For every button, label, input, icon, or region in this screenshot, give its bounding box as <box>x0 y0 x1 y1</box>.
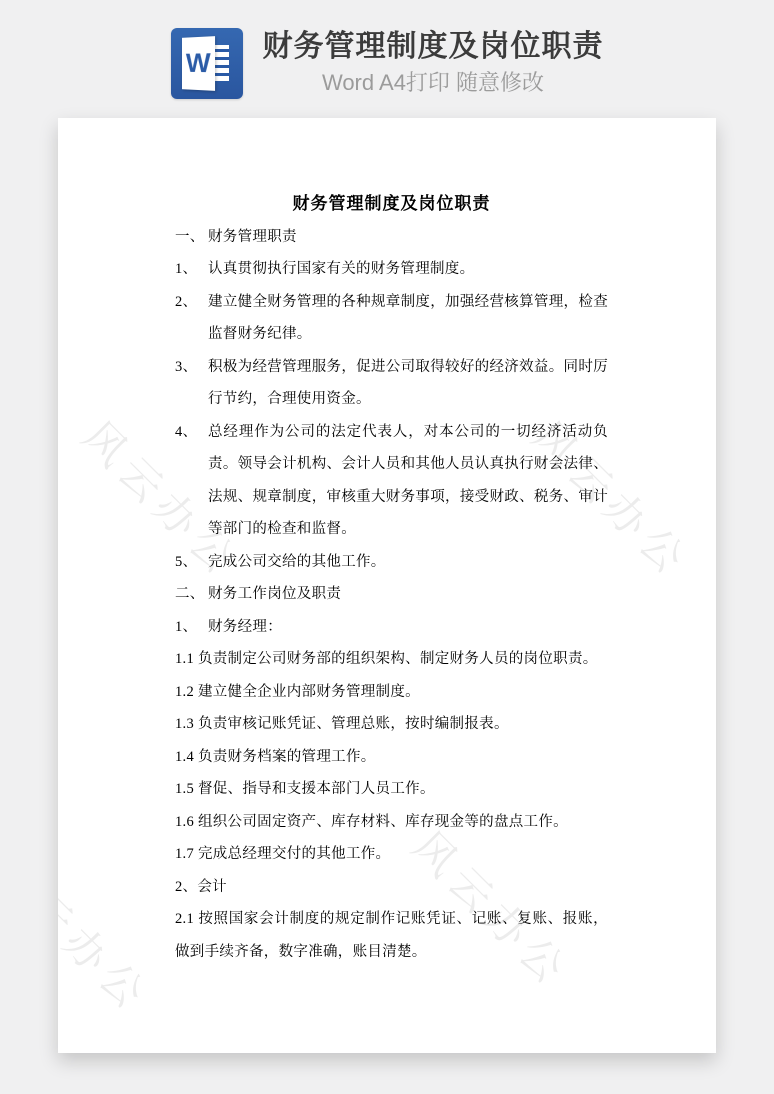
header-text-block: 财务管理制度及岗位职责 Word A4打印 随意修改 <box>263 28 604 97</box>
list-marker: 1、 <box>175 253 197 286</box>
word-icon-letter: W <box>182 36 215 91</box>
list-marker: 二、 <box>175 578 205 611</box>
document-page: 风云办公 风云办公 风云办公 风云办公 财务管理制度及岗位职责 一、财务管理职责… <box>58 118 716 1053</box>
paragraph: 1.4 负责财务档案的管理工作。 <box>175 741 608 774</box>
paragraph-text: 建立健全财务管理的各种规章制度，加强经营核算管理，检查监督财务纪律。 <box>208 294 608 343</box>
paragraph-text: 2.1 按照国家会计制度的规定制作记账凭证、记账、复账、报账，做到手续齐备，数字… <box>175 911 608 960</box>
list-marker: 3、 <box>175 351 197 384</box>
paragraph: 1、认真贯彻执行国家有关的财务管理制度。 <box>175 253 608 286</box>
template-subtitle: Word A4打印 随意修改 <box>263 69 604 97</box>
word-icon: W <box>171 28 243 99</box>
list-marker: 5、 <box>175 546 197 579</box>
list-marker: 一、 <box>175 221 205 254</box>
paragraph: 2.1 按照国家会计制度的规定制作记账凭证、记账、复账、报账，做到手续齐备，数字… <box>175 903 608 968</box>
template-header: W 财务管理制度及岗位职责 Word A4打印 随意修改 <box>0 0 774 118</box>
document-body: 一、财务管理职责1、认真贯彻执行国家有关的财务管理制度。2、建立健全财务管理的各… <box>175 221 608 969</box>
paragraph-text: 1.4 负责财务档案的管理工作。 <box>175 749 376 765</box>
paragraph-text: 1.5 督促、指导和支援本部门人员工作。 <box>175 781 435 797</box>
paragraph-text: 完成公司交给的其他工作。 <box>208 554 386 570</box>
template-title: 财务管理制度及岗位职责 <box>263 28 604 66</box>
paragraph-text: 1.6 组织公司固定资产、库存材料、库存现金等的盘点工作。 <box>175 814 568 830</box>
paragraph-text: 总经理作为公司的法定代表人，对本公司的一切经济活动负责。领导会计机构、会计人员和… <box>208 424 608 538</box>
paragraph: 1.7 完成总经理交付的其他工作。 <box>175 838 608 871</box>
paragraph: 2、建立健全财务管理的各种规章制度，加强经营核算管理，检查监督财务纪律。 <box>175 286 608 351</box>
paragraph-text: 积极为经营管理服务，促进公司取得较好的经济效益。同时厉行节约，合理使用资金。 <box>208 359 608 408</box>
paragraph: 4、总经理作为公司的法定代表人，对本公司的一切经济活动负责。领导会计机构、会计人… <box>175 416 608 546</box>
paragraph-text: 1.3 负责审核记账凭证、管理总账，按时编制报表。 <box>175 716 509 732</box>
list-marker: 2、 <box>175 286 197 319</box>
paragraph: 1.5 督促、指导和支援本部门人员工作。 <box>175 773 608 806</box>
paragraph: 一、财务管理职责 <box>175 221 608 254</box>
paragraph-text: 认真贯彻执行国家有关的财务管理制度。 <box>208 261 474 277</box>
paragraph: 3、积极为经营管理服务，促进公司取得较好的经济效益。同时厉行节约，合理使用资金。 <box>175 351 608 416</box>
paragraph-text: 1.7 完成总经理交付的其他工作。 <box>175 846 390 862</box>
paragraph: 1.6 组织公司固定资产、库存材料、库存现金等的盘点工作。 <box>175 806 608 839</box>
paragraph: 5、完成公司交给的其他工作。 <box>175 546 608 579</box>
list-marker: 4、 <box>175 416 197 449</box>
list-marker: 1、 <box>175 611 197 644</box>
paragraph: 1、财务经理： <box>175 611 608 644</box>
paragraph-text: 1.2 建立健全企业内部财务管理制度。 <box>175 684 420 700</box>
paragraph-text: 财务工作岗位及职责 <box>208 586 341 602</box>
document-content: 财务管理制度及岗位职责 一、财务管理职责1、认真贯彻执行国家有关的财务管理制度。… <box>58 118 716 968</box>
paragraph: 1.3 负责审核记账凭证、管理总账，按时编制报表。 <box>175 708 608 741</box>
paragraph-text: 1.1 负责制定公司财务部的组织架构、制定财务人员的岗位职责。 <box>175 651 598 667</box>
paragraph: 二、财务工作岗位及职责 <box>175 578 608 611</box>
paragraph: 1.2 建立健全企业内部财务管理制度。 <box>175 676 608 709</box>
paragraph: 2、会计 <box>175 871 608 904</box>
paragraph-text: 2、会计 <box>175 879 227 895</box>
paragraph: 1.1 负责制定公司财务部的组织架构、制定财务人员的岗位职责。 <box>175 643 608 676</box>
paragraph-text: 财务经理： <box>208 619 282 635</box>
paragraph-text: 财务管理职责 <box>208 229 297 245</box>
document-title: 财务管理制度及岗位职责 <box>175 188 608 221</box>
